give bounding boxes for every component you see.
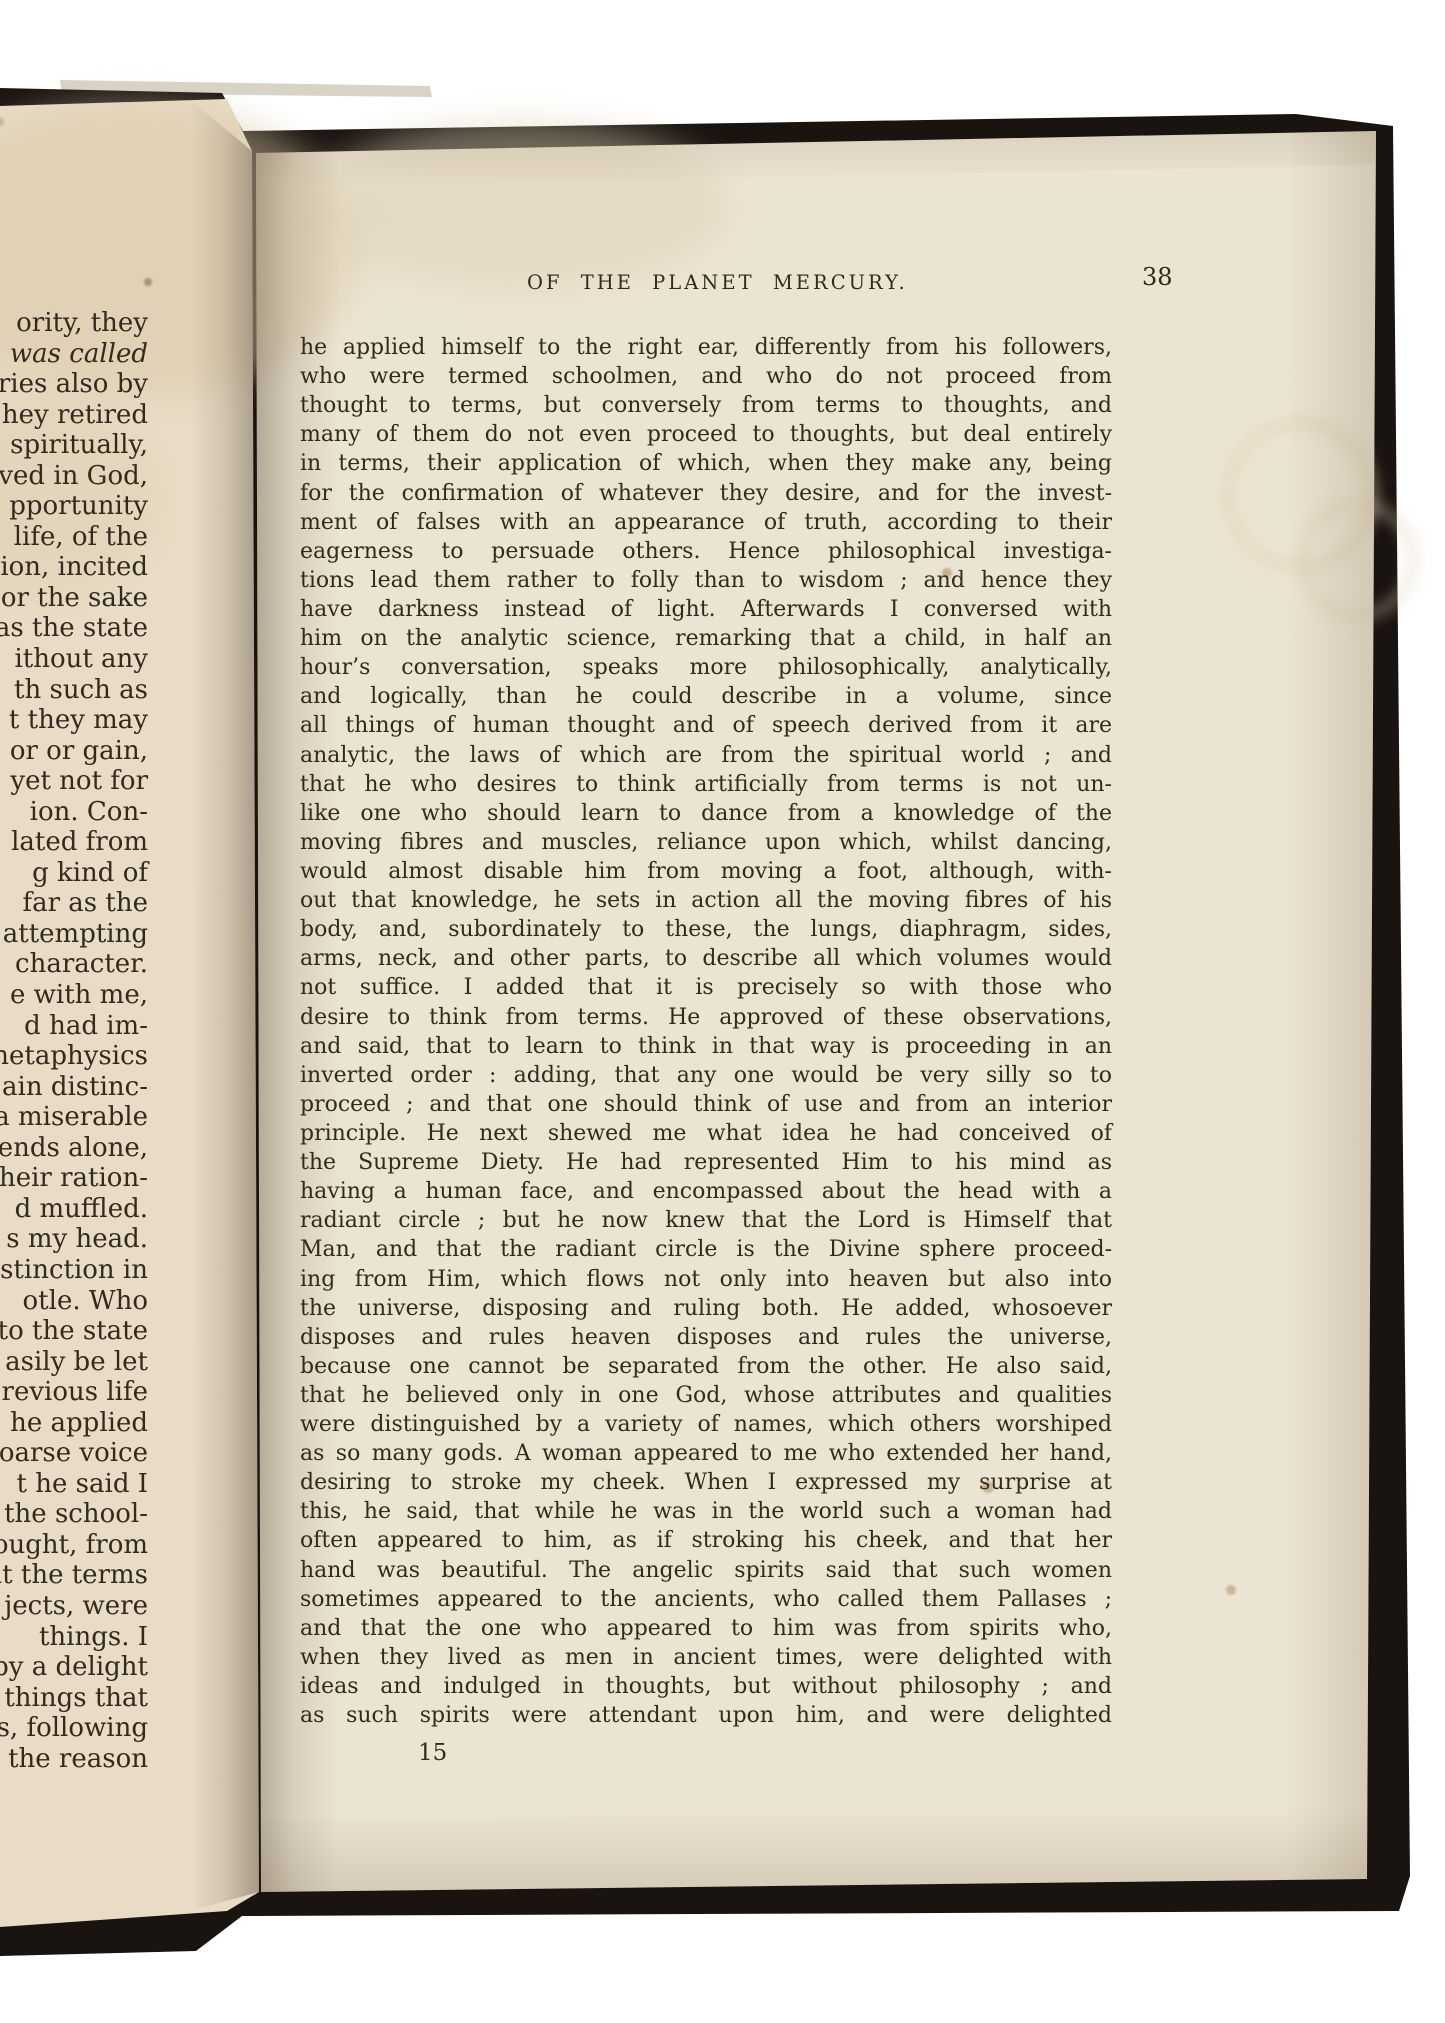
text-line: d had im- (0, 1011, 148, 1042)
text-line: at the terms (0, 1560, 148, 1591)
text-line: him on the analytic science, remarking t… (300, 624, 1112, 653)
text-line: ment of falses with an appearance of tru… (300, 508, 1112, 537)
text-line: body, and, subordinately to these, the l… (300, 915, 1112, 944)
text-line: asily be let (0, 1347, 148, 1378)
text-line: a miserable (0, 1102, 148, 1133)
text-line: g kind of (0, 858, 148, 889)
text-line: was called (0, 339, 148, 370)
left-page-text-fragments: ority, theywas calledries also byhey ret… (0, 308, 148, 1774)
text-line: this, he said, that while he was in the … (300, 1497, 1112, 1526)
text-line: revious life (0, 1377, 148, 1408)
text-line: desiring to stroke my cheek. When I expr… (300, 1468, 1112, 1497)
text-line: he applied himself to the right ear, dif… (300, 333, 1112, 362)
bottom-edge-shade (260, 1808, 1368, 1892)
foxing-speck (144, 278, 152, 286)
text-line: desire to think from terms. He approved … (300, 1003, 1112, 1032)
signature-mark: 15 (418, 1740, 447, 1766)
book-photo: ority, theywas calledries also byhey ret… (0, 0, 1445, 2023)
text-line: t he said I (0, 1469, 148, 1500)
text-line: often appeared to him, as if stroking hi… (300, 1526, 1112, 1555)
running-head: OF THE PLANET MERCURY. (527, 271, 908, 294)
text-line: the school- (0, 1499, 148, 1530)
text-line: sometimes appeared to the ancients, who … (300, 1585, 1112, 1614)
text-line: and logically, than he could describe in… (300, 682, 1112, 711)
text-line: tions lead them rather to folly than to … (300, 566, 1112, 595)
text-line: as so many gods. A woman appeared to me … (300, 1439, 1112, 1468)
text-line: ideas and indulged in thoughts, but with… (300, 1672, 1112, 1701)
text-line: ority, they (0, 308, 148, 339)
gutter-shadow-left (190, 100, 259, 1909)
text-line: not suffice. I added that it is precisel… (300, 973, 1112, 1002)
text-line: ries also by (0, 369, 148, 400)
text-line: thought to terms, but conversely from te… (300, 391, 1112, 420)
text-line: hey retired (0, 400, 148, 431)
text-line: as such spirits were attendant upon him,… (300, 1701, 1112, 1730)
text-line: e with me, (0, 980, 148, 1011)
text-line: were distinguished by a variety of names… (300, 1410, 1112, 1439)
text-line: s the reason (0, 1744, 148, 1775)
text-line: spiritually, (0, 430, 148, 461)
text-line: arms, neck, and other parts, to describe… (300, 944, 1112, 973)
text-line: would almost disable him from moving a f… (300, 857, 1112, 886)
text-line: by a delight (0, 1652, 148, 1683)
text-line: ought, from (0, 1530, 148, 1561)
right-edge-shade (1285, 131, 1376, 1880)
text-line: because one cannot be separated from the… (300, 1352, 1112, 1381)
page-body-text: he applied himself to the right ear, dif… (300, 333, 1112, 1730)
text-line: ain distinc- (0, 1072, 148, 1103)
text-line: as the state (0, 613, 148, 644)
text-line: that he believed only in one God, whose … (300, 1381, 1112, 1410)
text-line: out that knowledge, he sets in action al… (300, 886, 1112, 915)
text-line: who were termed schoolmen, and who do no… (300, 362, 1112, 391)
text-line: things that (0, 1683, 148, 1714)
text-line: and that the one who appeared to him was… (300, 1614, 1112, 1643)
text-line: all things of human thought and of speec… (300, 711, 1112, 740)
text-line: oarse voice (0, 1438, 148, 1469)
text-line: have darkness instead of light. Afterwar… (300, 595, 1112, 624)
text-line: he applied (0, 1408, 148, 1439)
text-line: to the state (0, 1316, 148, 1347)
text-line: th such as (0, 675, 148, 706)
text-line: character. (0, 949, 148, 980)
text-line: hand was beautiful. The angelic spirits … (300, 1556, 1112, 1585)
text-line: stinction in (0, 1255, 148, 1286)
text-line: inverted order : adding, that any one wo… (300, 1061, 1112, 1090)
text-line: pportunity (0, 491, 148, 522)
text-line: heir ration- (0, 1163, 148, 1194)
text-line: the universe, disposing and ruling both.… (300, 1294, 1112, 1323)
text-line: s, following (0, 1713, 148, 1744)
text-line: analytic, the laws of which are from the… (300, 741, 1112, 770)
text-line: ion. Con- (0, 797, 148, 828)
text-line: having a human face, and encompassed abo… (300, 1177, 1112, 1206)
text-line: moving fibres and muscles, reliance upon… (300, 828, 1112, 857)
text-line: and said, that to learn to think in that… (300, 1032, 1112, 1061)
text-line: or the sake (0, 583, 148, 614)
text-line: eagerness to persuade others. Hence phil… (300, 537, 1112, 566)
text-line: in terms, their application of which, wh… (300, 449, 1112, 478)
text-line: ing from Him, which flows not only into … (300, 1265, 1112, 1294)
text-line: lated from (0, 827, 148, 858)
text-line: like one who should learn to dance from … (300, 799, 1112, 828)
text-line: when they lived as men in ancient times,… (300, 1643, 1112, 1672)
text-line: proceed ; and that one should think of u… (300, 1090, 1112, 1119)
text-line: Man, and that the radiant circle is the … (300, 1235, 1112, 1264)
text-line: or or gain, (0, 736, 148, 767)
text-line: s my head. (0, 1224, 148, 1255)
text-line: attempting (0, 919, 148, 950)
text-line: netaphysics (0, 1041, 148, 1072)
text-line: ion, incited (0, 552, 148, 583)
text-line: jects, were (0, 1591, 148, 1622)
text-line: things. I (0, 1622, 148, 1653)
text-line: life, of the (0, 522, 148, 553)
text-line: that he who desires to think artificiall… (300, 770, 1112, 799)
text-line: radiant circle ; but he now knew that th… (300, 1206, 1112, 1235)
text-line: principle. He next shewed me what idea h… (300, 1119, 1112, 1148)
text-line: many of them do not even proceed to thou… (300, 420, 1112, 449)
text-line: otle. Who (0, 1286, 148, 1317)
text-line: ved in God, (0, 461, 148, 492)
text-line: ithout any (0, 644, 148, 675)
text-line: the Supreme Diety. He had represented Hi… (300, 1148, 1112, 1177)
text-line: ends alone, (0, 1133, 148, 1164)
page-number: 38 (1142, 263, 1173, 291)
text-line: t they may (0, 705, 148, 736)
text-line: d muffled. (0, 1194, 148, 1225)
text-line: far as the (0, 888, 148, 919)
text-line: disposes and rules heaven disposes and r… (300, 1323, 1112, 1352)
foxing-speck (1226, 1585, 1236, 1595)
text-line: hour’s conversation, speaks more philoso… (300, 653, 1112, 682)
text-line: yet not for (0, 766, 148, 797)
text-line: for the confirmation of whatever they de… (300, 479, 1112, 508)
